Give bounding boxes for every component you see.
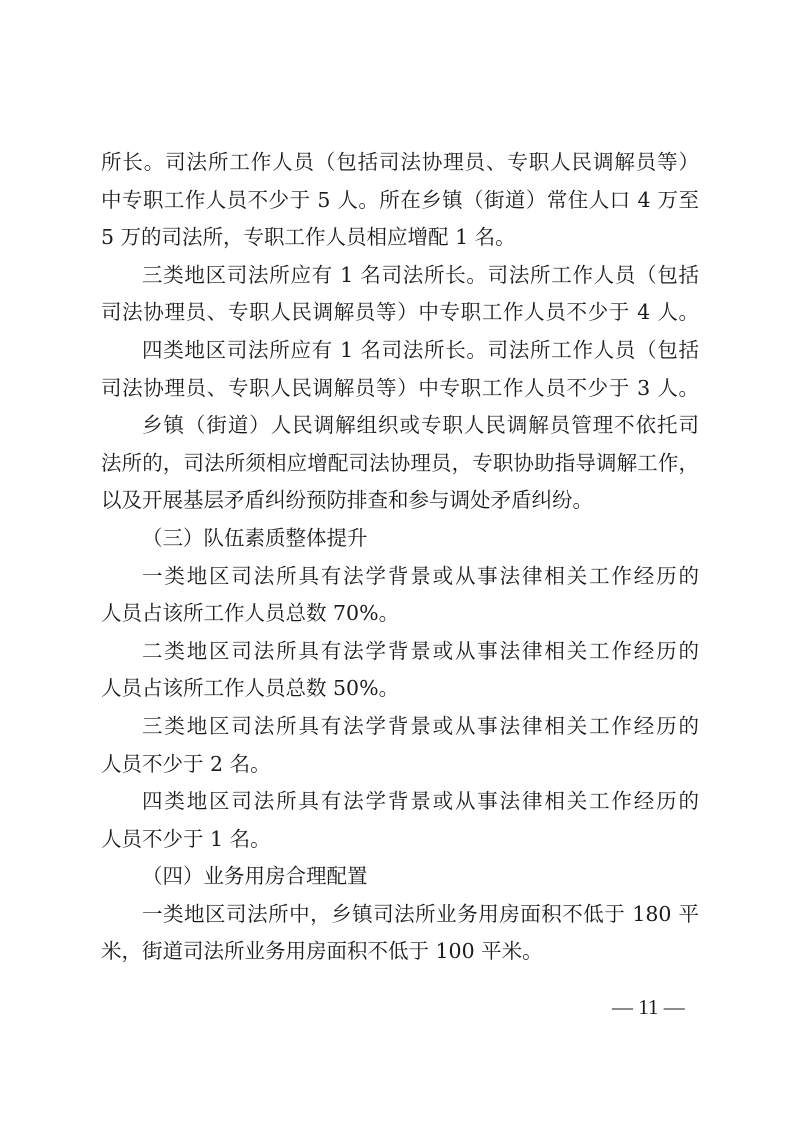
paragraph-start-line: 四类地区司法所具有法学背景或从事法律相关工作经历的 [101, 783, 699, 821]
text-line: 人员不少于 2 名。 [101, 746, 699, 784]
paragraph-start-line: 三类地区司法所应有 1 名司法所长。司法所工作人员（包括 [101, 257, 699, 295]
paragraph-start-line: 一类地区司法所具有法学背景或从事法律相关工作经历的 [101, 558, 699, 596]
paragraph-start-line: 二类地区司法所具有法学背景或从事法律相关工作经历的 [101, 633, 699, 671]
document-body: 所长。司法所工作人员（包括司法协理员、专职人民调解员等） 中专职工作人员不少于 … [101, 144, 699, 971]
text-line: 人员占该所工作人员总数 50%。 [101, 670, 699, 708]
text-line: 司法协理员、专职人民调解员等）中专职工作人员不少于 3 人。 [101, 370, 699, 408]
text-line: 法所的，司法所须相应增配司法协理员，专职协助指导调解工作， [101, 445, 699, 483]
page-number: — 11 — [612, 995, 712, 1020]
text-line: 米，街道司法所业务用房面积不低于 100 平米。 [101, 933, 699, 971]
text-line: 以及开展基层矛盾纠纷预防排查和参与调处矛盾纠纷。 [101, 482, 699, 520]
text-line: 所长。司法所工作人员（包括司法协理员、专职人民调解员等） [101, 144, 699, 182]
text-line: 司法协理员、专职人民调解员等）中专职工作人员不少于 4 人。 [101, 294, 699, 332]
text-line: 中专职工作人员不少于 5 人。所在乡镇（街道）常住人口 4 万至 [101, 182, 699, 220]
section-heading: （四）业务用房合理配置 [101, 858, 699, 896]
text-line: 人员不少于 1 名。 [101, 821, 699, 859]
text-line: 5 万的司法所，专职工作人员相应增配 1 名。 [101, 219, 699, 257]
text-line: 人员占该所工作人员总数 70%。 [101, 595, 699, 633]
paragraph-start-line: 乡镇（街道）人民调解组织或专职人民调解员管理不依托司 [101, 407, 699, 445]
paragraph-start-line: 三类地区司法所具有法学背景或从事法律相关工作经历的 [101, 708, 699, 746]
section-heading: （三）队伍素质整体提升 [101, 520, 699, 558]
paragraph-start-line: 一类地区司法所中，乡镇司法所业务用房面积不低于 180 平 [101, 896, 699, 934]
paragraph-start-line: 四类地区司法所应有 1 名司法所长。司法所工作人员（包括 [101, 332, 699, 370]
